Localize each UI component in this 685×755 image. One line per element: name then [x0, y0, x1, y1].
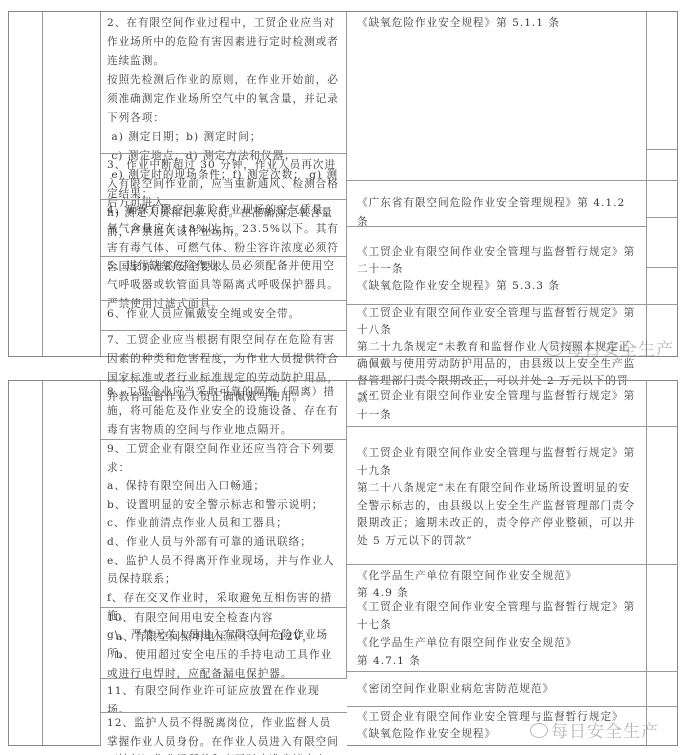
watermark-text: 每日安全生产: [551, 722, 659, 742]
regulation-table-1: 2、在有限空间作业过程中，工贸企业应当对作业场所中的危险有害因素进行定时检测或者…: [8, 11, 678, 357]
remark-cell: [647, 564, 678, 671]
reference-cell-7: 《工贸企业有限空间作业安全管理与监督暂行规定》第十七条 《化学品生产单位有限空间…: [347, 564, 647, 671]
remark-cell: [647, 149, 678, 180]
reference-cell-8: 《密闭空间作业职业病危害防范规范》: [347, 671, 647, 706]
remark-cell: [647, 671, 678, 706]
reference-cell-2: 《广东省有限空间危险作业安全管理规程》第 4.1.2 条: [347, 180, 647, 226]
column-divider: [42, 381, 43, 745]
column-divider: [42, 12, 43, 356]
remark-cell: [647, 267, 678, 304]
remark-cell: [647, 217, 678, 267]
remark-cell: [647, 426, 678, 564]
wechat-logo-icon: [530, 723, 548, 738]
remark-cell: [647, 12, 678, 149]
requirement-item-9: 9、工贸企业有限空间作业还应当符合下列要求： a、保持有限空间出入口畅通； b、…: [101, 439, 347, 607]
regulation-table-2: 8、工贸企业应当采取可靠的隔断（隔离）措施，将可能危及作业安全的设施设备、存在有…: [8, 380, 678, 746]
reference-cell-5: 《工贸企业有限空间作业安全管理与监督暂行规定》第十一条: [347, 383, 647, 426]
requirement-item-8: 8、工贸企业应当采取可靠的隔断（隔离）措施，将可能危及作业安全的设施设备、存在有…: [101, 383, 347, 439]
requirement-item-3: 3、作业中断超过 30 分钟，作业人员再次进入有限空间作业前，应当重新通风、检测…: [101, 153, 347, 199]
requirement-item-5: 5、进行缺氧危险作业人员必须配备并使用空气呼吸器或软管面具等隔离式呼吸保护器具。…: [101, 256, 347, 300]
watermark: 每日安全生产: [545, 335, 674, 360]
requirement-item-7: 7、工贸企业应当根据有限空间存在危险有害因素的种类和危害程度，为作业人员提供符合…: [101, 330, 347, 357]
reference-cell-1: 《缺氧危险作业安全规程》第 5.1.1 条: [347, 14, 647, 180]
reference-cell-6: 《工贸企业有限空间作业安全管理与监督暂行规定》第十九条 第二十八条规定“未在有限…: [347, 426, 647, 564]
requirement-item-6: 6、作业人员应佩戴安全绳或安全带。: [101, 300, 347, 330]
remark-cell: [647, 381, 678, 426]
reference-cell-3: 《工贸企业有限空间作业安全管理与监督暂行规定》第二十一条 《缺氧危险作业安全规程…: [347, 226, 647, 314]
watermark-text: 每日安全生产: [566, 340, 674, 360]
watermark: 每日安全生产: [530, 717, 659, 742]
requirement-item-2: 2、在有限空间作业过程中，工贸企业应当对作业场所中的危险有害因素进行定时检测或者…: [101, 14, 347, 153]
requirement-item-12: 12、监护人员不得脱离岗位，作业监督人员掌握作业人员身份。在作业人员进入有限空间…: [101, 712, 347, 746]
requirement-item-11: 11、有限空间作业许可证应放置在作业现场。: [101, 678, 347, 712]
wechat-logo-icon: [545, 341, 563, 356]
requirement-item-4: 4、确保有限空间危险作业现场的空气质量。氧气含量应在 18%以上，23.5%以下…: [101, 199, 347, 256]
remark-cell: [647, 180, 678, 217]
